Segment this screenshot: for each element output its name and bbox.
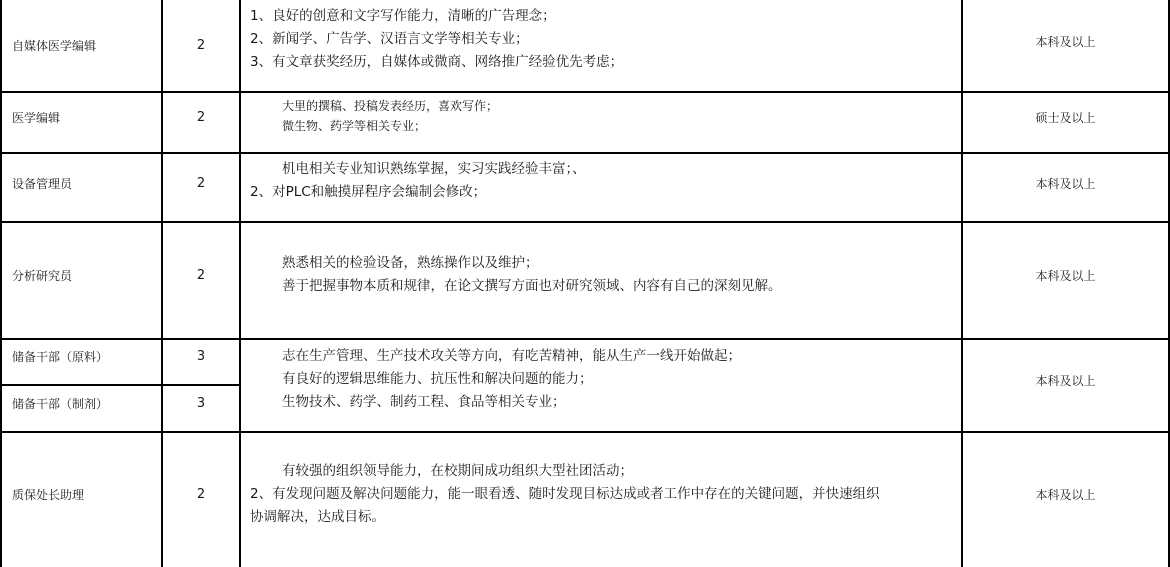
position-label: 储备干部（制剂） [12, 395, 108, 412]
count-value: 2 [197, 176, 205, 191]
education-cell: 本科及以上 [963, 340, 1168, 420]
education-cell: 本科及以上 [963, 0, 1168, 82]
education-cell: 本科及以上 [963, 223, 1168, 327]
position-label: 分析研究员 [12, 267, 72, 284]
position-cell: 储备干部（制剂） [2, 386, 171, 420]
position-label: 自媒体医学编辑 [12, 37, 96, 54]
education-value: 本科及以上 [1035, 486, 1095, 503]
count-value: 2 [197, 38, 205, 53]
count-value: 2 [197, 110, 205, 125]
position-label: 医学编辑 [12, 109, 60, 126]
requirement-line: 微生物、药学等相关专业； [282, 116, 426, 136]
education-value: 本科及以上 [1035, 175, 1095, 192]
position-cell: 质保处长助理 [2, 433, 171, 555]
count-cell: 2 [163, 223, 239, 327]
count-value: 3 [197, 349, 205, 364]
requirement-line: 志在生产管理、生产技术攻关等方向，有吃苦精神，能从生产一线开始做起； [282, 345, 741, 368]
count-cell: 3 [163, 386, 239, 420]
requirement-line: 熟悉相关的检验设备，熟练操作以及维护； [282, 252, 539, 275]
position-cell: 自媒体医学编辑 [2, 0, 171, 91]
requirements-cell: 有较强的组织领导能力，在校期间成功组织大型社团活动； 2、有发现问题及解决问题能… [250, 458, 955, 530]
requirement-line: 2、对PLC和触摸屏程序会编制会修改； [250, 181, 486, 204]
requirement-line: 机电相关专业知识熟练掌握，实习实践经验丰富；、 [250, 158, 586, 181]
requirements-cell: 机电相关专业知识熟练掌握，实习实践经验丰富；、 2、对PLC和触摸屏程序会编制会… [250, 156, 950, 206]
position-cell: 设备管理员 [2, 154, 171, 212]
education-cell: 本科及以上 [963, 154, 1168, 212]
requirement-line: 有较强的组织领导能力，在校期间成功组织大型社团活动； [250, 460, 633, 483]
requirements-cell: 熟悉相关的检验设备，熟练操作以及维护； 善于把握事物本质和规律，在论文撰写方面也… [282, 228, 952, 322]
education-cell: 本科及以上 [963, 433, 1168, 555]
count-value: 2 [197, 487, 205, 502]
requirement-line: 大里的撰稿、投稿发表经历，喜欢写作； [282, 96, 498, 116]
count-value: 2 [197, 268, 205, 283]
requirement-line: 2、有发现问题及解决问题能力，能一眼看透、随时发现目标达成或者工作中存在的关键问… [250, 483, 880, 506]
position-cell: 医学编辑 [2, 93, 171, 141]
requirement-line: 善于把握事物本质和规律，在论文撰写方面也对研究领域、内容有自己的深刻见解。 [282, 275, 782, 298]
requirement-line: 有良好的逻辑思维能力、抗压性和解决问题的能力； [282, 368, 593, 391]
requirements-cell: 大里的撰稿、投稿发表经历，喜欢写作； 微生物、药学等相关专业； [282, 95, 952, 137]
education-value: 本科及以上 [1035, 267, 1095, 284]
count-cell: 3 [163, 340, 239, 372]
education-cell: 硕士及以上 [963, 93, 1168, 141]
recruitment-table: 自媒体医学编辑 2 1、良好的创意和文字写作能力，清晰的广告理念； 2、新闻学、… [0, 0, 1170, 567]
count-cell: 2 [163, 0, 239, 91]
count-value: 3 [197, 396, 205, 411]
position-cell: 储备干部（原料） [2, 340, 171, 372]
requirement-line: 2、新闻学、广告学、汉语言文学等相关专业； [250, 28, 529, 51]
count-cell: 2 [163, 154, 239, 212]
education-value: 本科及以上 [1035, 33, 1095, 50]
col-divider [239, 0, 241, 567]
requirement-line: 协调解决，达成目标。 [250, 506, 385, 529]
education-value: 硕士及以上 [1035, 109, 1095, 126]
count-cell: 2 [163, 433, 239, 555]
position-label: 储备干部（原料） [12, 348, 108, 365]
position-label: 质保处长助理 [12, 486, 84, 503]
position-label: 设备管理员 [12, 175, 72, 192]
count-cell: 2 [163, 93, 239, 141]
position-cell: 分析研究员 [2, 223, 171, 327]
requirements-cell: 1、良好的创意和文字写作能力，清晰的广告理念； 2、新闻学、广告学、汉语言文学等… [250, 0, 950, 85]
requirement-line: 3、有文章获奖经历，自媒体或微商、网络推广经验优先考虑； [250, 51, 623, 74]
education-value: 本科及以上 [1035, 372, 1095, 389]
requirement-line: 生物技术、药学、制药工程、食品等相关专业； [282, 391, 566, 414]
requirements-cell: 志在生产管理、生产技术攻关等方向，有吃苦精神，能从生产一线开始做起； 有良好的逻… [282, 343, 952, 415]
requirement-line: 1、良好的创意和文字写作能力，清晰的广告理念； [250, 5, 556, 28]
